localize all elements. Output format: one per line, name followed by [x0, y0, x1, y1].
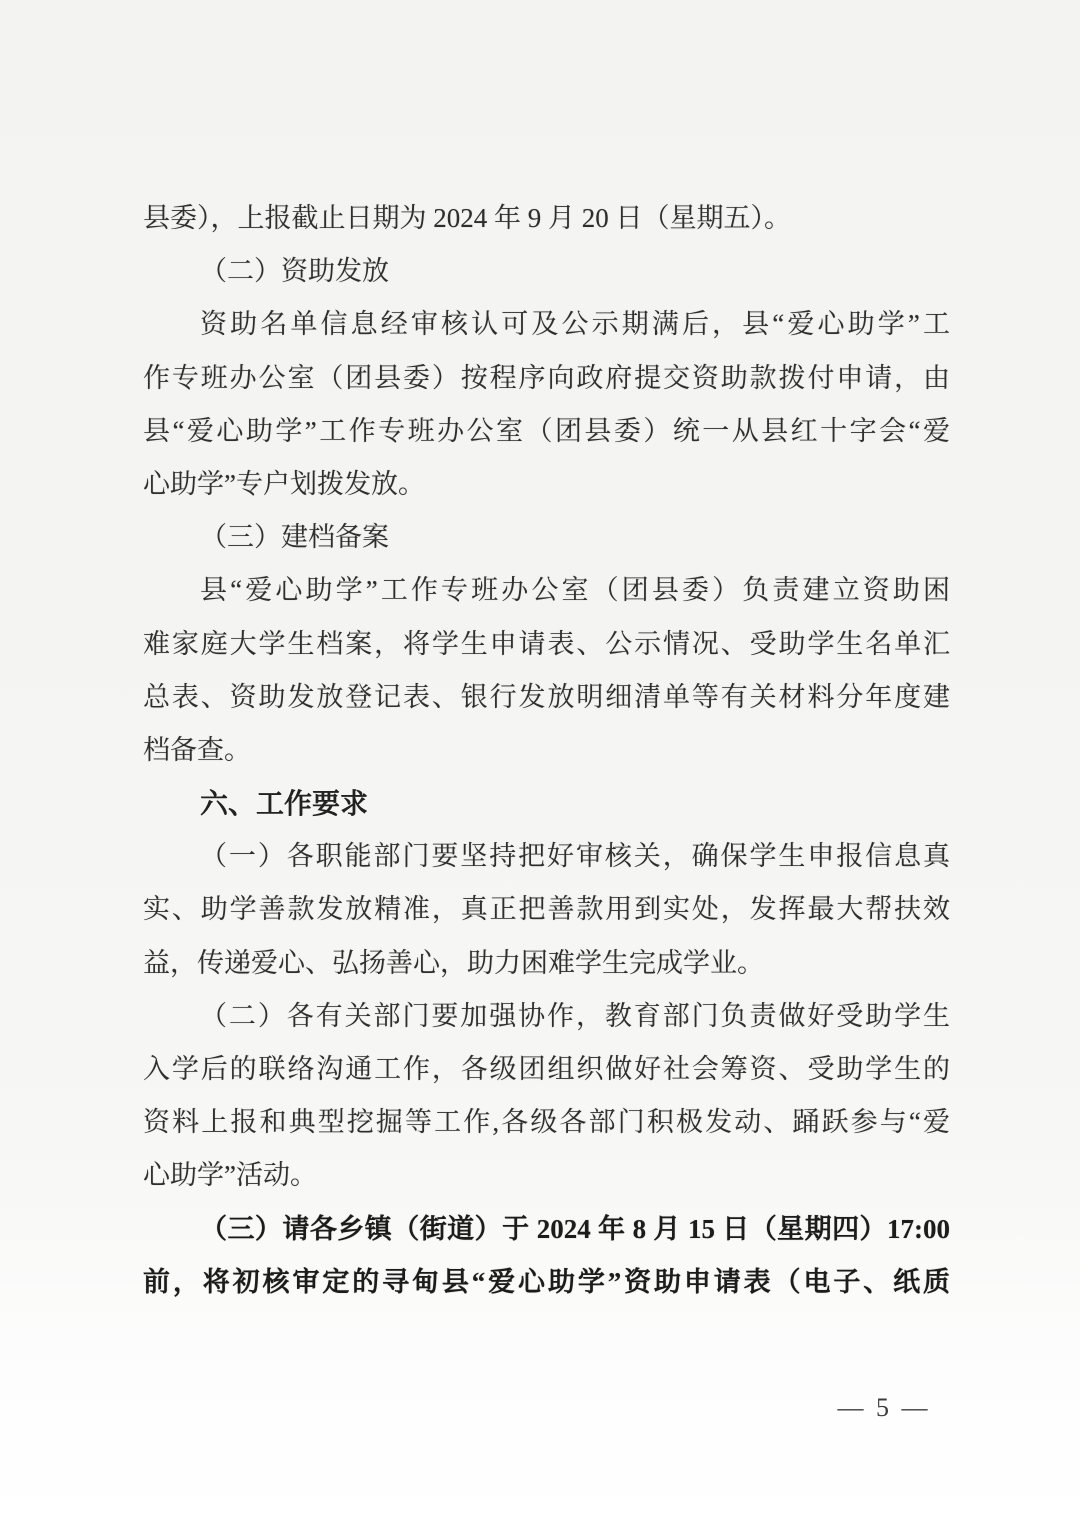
document-line: （三）建档备案	[143, 511, 950, 564]
document-line: 县委），上报截止日期为 2024 年 9 月 20 日（星期五）。	[143, 192, 950, 245]
document-line: 资助名单信息经审核认可及公示期满后，县“爱心助学”工	[143, 298, 950, 351]
document-line: 心助学”专户划拨发放。	[143, 458, 950, 511]
document-line: 县“爱心助学”工作专班办公室（团县委）统一从县红十字会“爱	[143, 405, 950, 458]
document-line: 入学后的联络沟通工作，各级团组织做好社会筹资、受助学生的	[143, 1043, 950, 1096]
document-line: 前，将初核审定的寻甸县“爱心助学”资助申请表（电子、纸质	[143, 1256, 950, 1309]
document-line: 难家庭大学生档案，将学生申请表、公示情况、受助学生名单汇	[143, 618, 950, 671]
document-line: 益，传递爱心、弘扬善心，助力困难学生完成学业。	[143, 937, 950, 990]
document-line: （三）请各乡镇（街道）于 2024 年 8 月 15 日（星期四）17:00	[143, 1203, 950, 1256]
document-line: 档备查。	[143, 724, 950, 777]
document-line: （二）资助发放	[143, 245, 950, 298]
document-line: 资料上报和典型挖掘等工作,各级各部门积极发动、踊跃参与“爱	[143, 1096, 950, 1149]
document-body: 县委），上报截止日期为 2024 年 9 月 20 日（星期五）。（二）资助发放…	[143, 192, 950, 1309]
document-line: 心助学”活动。	[143, 1149, 950, 1202]
document-line: 总表、资助发放登记表、银行发放明细清单等有关材料分年度建	[143, 671, 950, 724]
document-line: 作专班办公室（团县委）按程序向政府提交资助款拨付申请，由	[143, 352, 950, 405]
section-heading: 六、工作要求	[143, 777, 950, 830]
document-line: （二）各有关部门要加强协作，教育部门负责做好受助学生	[143, 990, 950, 1043]
page-number: — 5 —	[828, 1390, 940, 1426]
document-line: 实、助学善款发放精准，真正把善款用到实处，发挥最大帮扶效	[143, 883, 950, 936]
document-page: 县委），上报截止日期为 2024 年 9 月 20 日（星期五）。（二）资助发放…	[0, 0, 1080, 1527]
document-line: （一）各职能部门要坚持把好审核关，确保学生申报信息真	[143, 830, 950, 883]
document-line: 县“爱心助学”工作专班办公室（团县委）负责建立资助困	[143, 564, 950, 617]
